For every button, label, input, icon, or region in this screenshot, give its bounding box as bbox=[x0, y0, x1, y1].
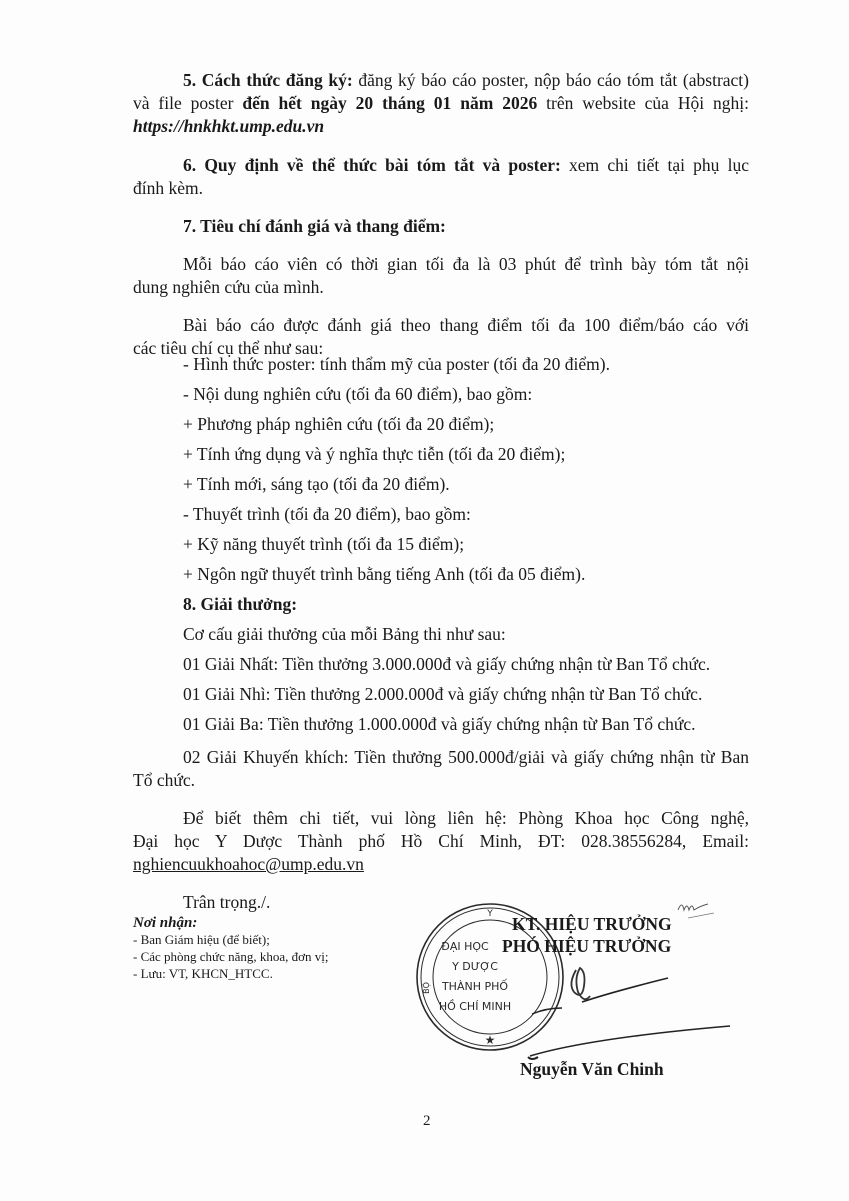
prize-intro: Cơ cấu giải thưởng của mỗi Bảng thi như … bbox=[183, 623, 749, 645]
stamp-side-text: BỘ bbox=[420, 982, 431, 994]
criteria-item: - Nội dung nghiên cứu (tối đa 60 điểm), … bbox=[183, 383, 749, 405]
section-7-heading: 7. Tiêu chí đánh giá và thang điểm: bbox=[183, 215, 749, 237]
deadline: đến hết ngày 20 tháng 01 năm 2026 bbox=[242, 93, 537, 113]
signer-name: Nguyễn Văn Chinh bbox=[520, 1058, 664, 1080]
prize-encourage-b: Tổ chức. bbox=[133, 769, 749, 791]
prize-item: 01 Giải Ba: Tiền thưởng 1.000.000đ và gi… bbox=[183, 713, 749, 735]
section-8-heading: 8. Giải thưởng: bbox=[183, 593, 749, 615]
section-6-line-2: đính kèm. bbox=[133, 177, 749, 199]
criteria-item: + Phương pháp nghiên cứu (tối đa 20 điểm… bbox=[183, 413, 749, 435]
criteria-item: - Hình thức poster: tính thẩm mỹ của pos… bbox=[183, 353, 749, 375]
criteria-item: + Kỹ năng thuyết trình (tối đa 15 điểm); bbox=[183, 533, 749, 555]
section-5-heading: 5. Cách thức đăng ký: bbox=[183, 70, 353, 90]
criteria-item: + Tính mới, sáng tạo (tối đa 20 điểm). bbox=[183, 473, 749, 495]
signature-title-2: PHÓ HIỆU TRƯỞNG bbox=[502, 935, 671, 957]
prize-item: 01 Giải Nhất: Tiền thưởng 3.000.000đ và … bbox=[183, 653, 749, 675]
stamp-star-icon: ★ bbox=[485, 1033, 496, 1047]
stamp-line: THÀNH PHỐ bbox=[441, 979, 508, 993]
stamp-line: ĐẠI HỌC bbox=[441, 940, 489, 953]
conference-url-link[interactable]: https://hnkhkt.ump.edu.vn bbox=[133, 115, 749, 137]
section-6-line-1: 6. Quy định về thể thức bài tóm tắt và p… bbox=[183, 154, 749, 176]
section-6-heading: 6. Quy định về thể thức bài tóm tắt và p… bbox=[183, 155, 561, 175]
criteria-item: + Tính ứng dụng và ý nghĩa thực tiễn (tố… bbox=[183, 443, 749, 465]
contact-line-1: Để biết thêm chi tiết, vui lòng liên hệ:… bbox=[183, 807, 749, 829]
section-7-para-1a: Mỗi báo cáo viên có thời gian tối đa là … bbox=[183, 253, 749, 275]
criteria-item: - Thuyết trình (tối đa 20 điểm), bao gồm… bbox=[183, 503, 749, 525]
prize-item: 01 Giải Nhì: Tiền thưởng 2.000.000đ và g… bbox=[183, 683, 749, 705]
section-7-para-2a: Bài báo cáo được đánh giá theo thang điể… bbox=[183, 314, 749, 336]
section-5-line-1: 5. Cách thức đăng ký: đăng ký báo cáo po… bbox=[183, 69, 749, 91]
stamp-line: Y DƯỢC bbox=[451, 960, 498, 973]
signature-title-1: KT. HIỆU TRƯỞNG bbox=[512, 913, 672, 935]
stamp-top-letter: Y bbox=[486, 909, 493, 919]
section-5-line-2: và file poster đến hết ngày 20 tháng 01 … bbox=[133, 92, 749, 114]
page-number: 2 bbox=[423, 1113, 431, 1130]
criteria-item: + Ngôn ngữ thuyết trình bằng tiếng Anh (… bbox=[183, 563, 749, 585]
section-7-para-1b: dung nghiên cứu của mình. bbox=[133, 276, 749, 298]
contact-line-2: Đại học Y Dược Thành phố Hồ Chí Minh, ĐT… bbox=[133, 830, 749, 852]
contact-email-link[interactable]: nghiencuukhoahoc@ump.edu.vn bbox=[133, 853, 749, 875]
prize-encourage-a: 02 Giải Khuyến khích: Tiền thưởng 500.00… bbox=[183, 746, 749, 768]
document-page: 5. Cách thức đăng ký: đăng ký báo cáo po… bbox=[0, 0, 849, 1201]
stamp-line: HỒ CHÍ MINH bbox=[439, 999, 511, 1013]
